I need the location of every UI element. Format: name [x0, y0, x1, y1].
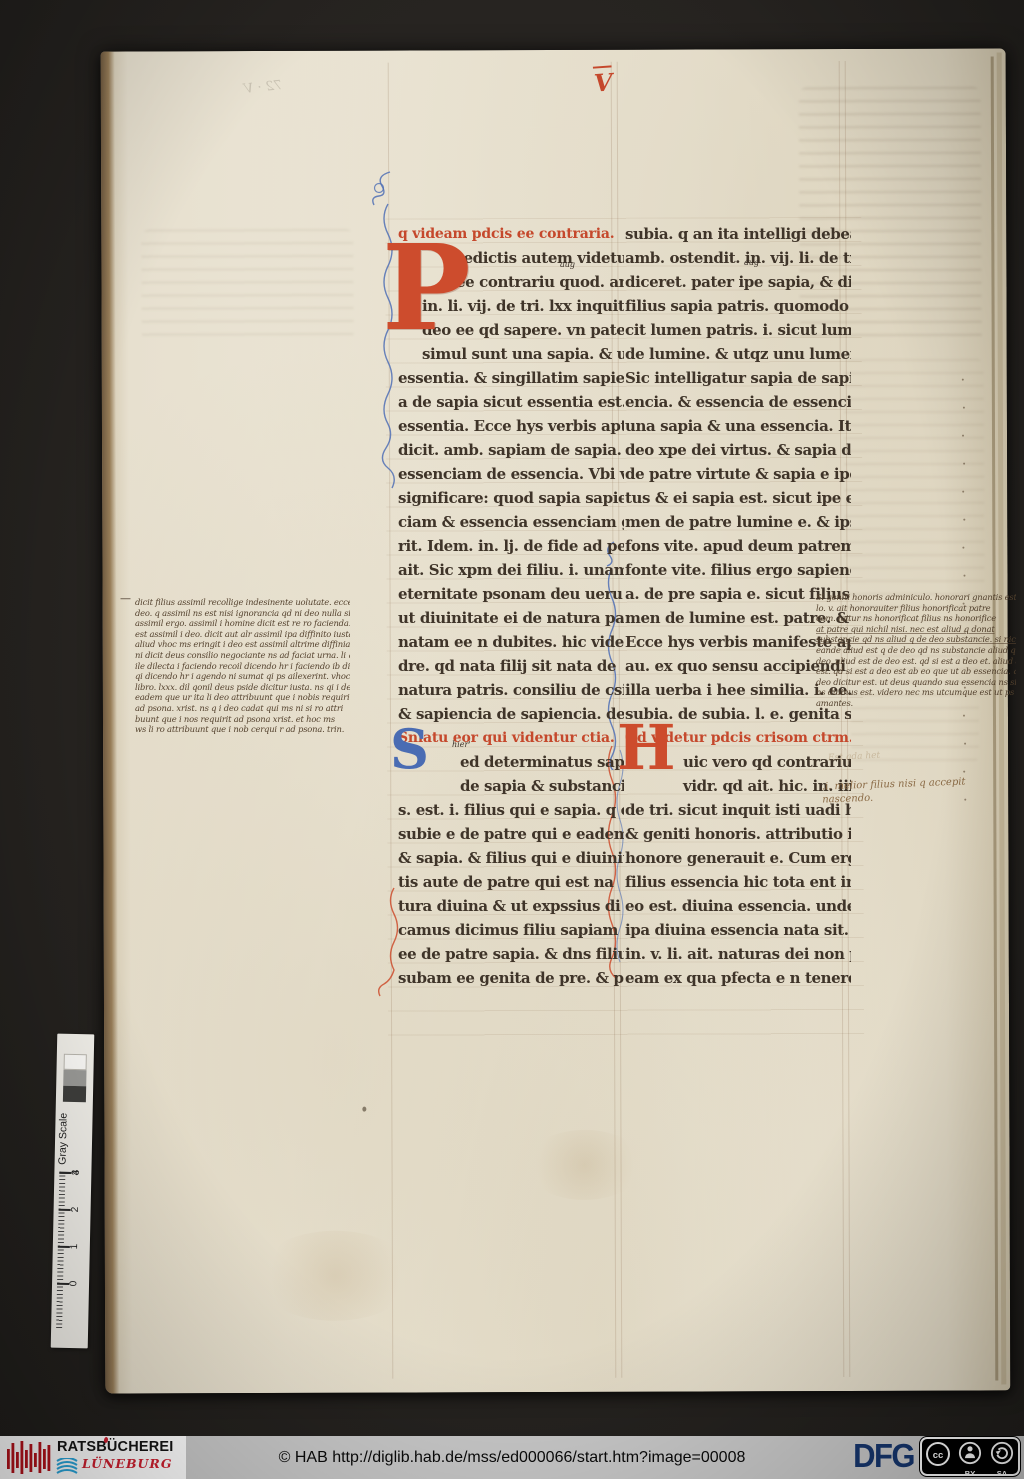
manuscript-text-line: rit. Idem. in. lj. de fide ad petru	[398, 534, 624, 558]
gloss-line: ile dilecta i faciendo recoil dicendo hr…	[135, 661, 350, 672]
patch-white	[64, 1054, 87, 1070]
library-name: RATSBÜCHEREI	[57, 1439, 174, 1455]
gloss-line: dicit filius assimil recollige indesinen…	[135, 597, 350, 608]
pricking-hole	[963, 771, 965, 773]
manuscript-text-line: de sapia & substancia de	[398, 774, 624, 798]
pricking-hole	[963, 715, 965, 717]
gloss-line: at patre qui nichil nisi. nec est aliud …	[816, 624, 1016, 635]
ruler-label: Gray Scale	[56, 1110, 90, 1169]
manuscript-text-line: Sic intelligatur sapia de sapi	[625, 366, 851, 390]
parchment-stain	[524, 1130, 644, 1200]
pricking-hole	[963, 407, 965, 409]
ruler-tick: 1	[58, 1246, 70, 1248]
manuscript-text-line: in. v. li. ait. naturas dei non potest	[625, 942, 851, 966]
manuscript-text-line: a de sapia sicut essentia est. de	[398, 390, 624, 414]
photographic-scan-stage: V 72 · V q videam pdcis ee contraria. P …	[0, 0, 1024, 1479]
manuscript-text-line: subia. q an ita intelligi debeat	[625, 222, 851, 246]
cc-license-badge: cc BY SA	[920, 1437, 1020, 1476]
pricking-hole	[963, 463, 965, 465]
rubric-heading: Sniatu eor qui videntur ctia.	[398, 726, 624, 750]
manuscript-text-line: men de patre lumine e. & ipse	[625, 510, 851, 534]
fore-edge-highlight	[997, 52, 1007, 1384]
interlinear-note: hier'	[452, 740, 470, 749]
manuscript-text-line: ait. Sic xpm dei filiu. i. unam	[398, 558, 624, 582]
margin-gloss-right: Si geniti honoris adminiculo. honorari g…	[816, 592, 1016, 709]
margin-note-brown: .i. melior filius nisi q accepit nascend…	[822, 775, 967, 806]
manuscript-text-line: fonte vite. filius ergo sapienci	[625, 558, 851, 582]
cc-by-icon: BY	[956, 1441, 984, 1478]
manuscript-text-line: honore generauit e. Cum ergo	[625, 846, 851, 870]
manuscript-text-line: tus & ei sapia est. sicut ipe e lu	[625, 486, 851, 510]
pricking-hole	[962, 435, 964, 437]
rubric-heading: q videam pdcis ee contraria.	[398, 222, 624, 246]
ruler-tick: 0	[57, 1283, 69, 1285]
cc-sa-icon: SA	[988, 1441, 1016, 1478]
manuscript-text-line: filius essencia hic tota ent in	[625, 870, 851, 894]
gloss-line: ns diuinus est. videro nec ms utcumque e…	[816, 687, 1016, 698]
manuscript-text-line: redictis autem videtur.	[398, 246, 624, 270]
gloss-line: ad psona. xrist. ns q i deo cadat qui ms…	[135, 703, 350, 714]
manuscript-text-line: essenciam de essencia. Vbi videtur	[398, 462, 624, 486]
gloss-line: eadem que ur ita li deo attribuunt que i…	[135, 692, 350, 703]
manuscript-text-line: ee de patre sapia. & dns filiu.	[398, 942, 624, 966]
parchment-stain	[255, 1230, 415, 1321]
gloss-line: assimil ergo. assimil i homine dicit est…	[135, 618, 350, 629]
gloss-line: ni dicit deus consilio negociante ns ad …	[135, 650, 350, 661]
manuscript-text-line: dicit. amb. sapiam de sapia. &	[398, 438, 624, 462]
gloss-line: est. qd si est a deo est ab eo que ut ab…	[816, 666, 1016, 677]
library-city: LÜNEBURG	[82, 1456, 173, 1471]
pricking-hole	[964, 743, 966, 745]
gloss-line: ws li ro attribuunt que i nob cerqui r a…	[135, 724, 350, 735]
text-block: uic vero qd contrariuvidr. qd ait. hic. …	[625, 750, 851, 990]
patch-gray	[63, 1070, 86, 1086]
manuscript-text-line: s. est. i. filius qui e sapia. q e	[398, 798, 624, 822]
grayscale-ruler: Gray Scale 43210	[51, 1034, 95, 1349]
minor-ticks	[56, 1172, 65, 1330]
tie-mark: —	[120, 592, 131, 605]
ink-speck	[362, 1107, 366, 1112]
interlinear-note: aug	[560, 260, 575, 269]
manuscript-text-line: diceret. pater ipe sapia, & dicit	[625, 270, 851, 294]
gloss-line: deo dicitur est. ut deus quando sua esse…	[816, 677, 1016, 688]
manuscript-text-line: ipa diuina essencia nata sit. Idem	[625, 918, 851, 942]
manuscript-text-line: dre. qd nata filij sit nata de	[398, 654, 624, 678]
manuscript-text-line: vidr. qd ait. hic. in. iiij. ag.	[625, 774, 851, 798]
manuscript-text-line: ee contrariu quod. amb.	[398, 270, 624, 294]
rubric-heading: Qd videtur pdcis crisom ctrm.	[625, 726, 851, 750]
manuscript-text-line: filius sapia patris. quomodo di	[625, 294, 851, 318]
gloss-line: substancie qd ns aliud q de deo substanc…	[816, 634, 1016, 645]
gloss-line: deo. q assimil ns est nisi ignorancia qd…	[135, 608, 350, 619]
grayscale-patches	[63, 1054, 87, 1102]
manuscript-text-line: ciam & essencia essenciam genue	[398, 510, 624, 534]
manuscript-text-line: deo ee qd sapere. vn pater & filius	[398, 318, 624, 342]
book-icon	[56, 1458, 78, 1475]
library-logo-box: RATSBÜCHEREI LÜNEBURG	[0, 1436, 186, 1479]
manuscript-text-line: eo est. diuina essencia. unde q;	[625, 894, 851, 918]
cc-icon: cc	[924, 1441, 952, 1472]
pricking-hole	[963, 519, 965, 521]
manuscript-text-line: tura diuina & ut expssius di	[398, 894, 624, 918]
bleed-through-text	[141, 229, 353, 342]
text-column-1: q videam pdcis ee contraria. P redictis …	[398, 222, 624, 990]
patch-dark	[63, 1086, 86, 1102]
quire-mark: V	[593, 67, 614, 97]
manuscript-text-line: tis aute de patre qui est na	[398, 870, 624, 894]
manuscript-text-line: natam ee n dubites. hic videtur	[398, 630, 624, 654]
gloss-line: com. igitur ns honorificat filius ns hon…	[816, 613, 1016, 624]
manuscript-text-line: essentia. Ecce hys verbis apte.	[398, 414, 624, 438]
manuscript-text-line: uic vero qd contrariu	[625, 750, 851, 774]
footer-bar: © HAB http://diglib.hab.de/mss/ed000066/…	[0, 1436, 1024, 1479]
manuscript-text-line: & geniti honoris. attributio in	[625, 822, 851, 846]
manuscript-text-line: de patre virtute & sapia e ipe vir	[625, 462, 851, 486]
pricking-hole	[962, 491, 964, 493]
gloss-line: amantes.	[816, 698, 1016, 709]
manuscript-text-line: eam ex qua pfecta e n tenere natura.	[625, 966, 851, 990]
manuscript-text-line: encia. & essencia de essencia. & utqz	[625, 390, 851, 414]
svg-text:cc: cc	[933, 1450, 944, 1461]
ruler-tick: 3	[59, 1172, 71, 1174]
dfg-logo: DFG	[853, 1437, 914, 1476]
manuscript-text-line: essentia. & singillatim sapienci	[398, 366, 624, 390]
text-block: ed determinatus sapiade sapia & substanc…	[398, 750, 624, 990]
interlinear-note: aug	[744, 258, 759, 267]
manuscript-text-line: fons vite. apud deum patrem	[625, 534, 851, 558]
gloss-line: libro. lxxx. dil qonil deus pside dicitu…	[135, 682, 350, 693]
spine-edge	[101, 52, 120, 1394]
margin-gloss-left: dicit filius assimil recollige indesinen…	[135, 597, 350, 735]
ruler-tick: 2	[59, 1209, 71, 1211]
manuscript-text-line: deo xpe dei virtus. & sapia dei qa	[625, 438, 851, 462]
manuscript-text-line: de lumine. & utqz unu lumen.	[625, 342, 851, 366]
pricking-hole	[962, 547, 964, 549]
manuscript-text-line: una sapia & una essencia. Item i	[625, 414, 851, 438]
manuscript-text-line: simul sunt una sapia. & una	[398, 342, 624, 366]
manuscript-text-line: significare: quod sapia sapien	[398, 486, 624, 510]
manuscript-text-line: subam ee genita de pre. & pse	[398, 966, 624, 990]
ruler-scale: 43210	[56, 1172, 87, 1331]
bleed-through-text	[844, 359, 985, 627]
gloss-line: deo. aliud est de deo est. qd si est a d…	[816, 656, 1016, 667]
text-block: redictis autem videtur.ee contrariu quod…	[398, 246, 624, 726]
gloss-line: eande aliud est q de deo qd ns substanci…	[816, 645, 1016, 656]
manuscript-text-line: camus dicimus filiu sapiam	[398, 918, 624, 942]
manuscript-text-line: ed determinatus sapia	[398, 750, 624, 774]
gloss-line: lo. v. ait honorauiter filius honorifica…	[816, 603, 1016, 614]
manuscript-text-line: eternitate psonam deu ueru crede	[398, 582, 624, 606]
manuscript-text-line: natura patris. consiliu de csilio	[398, 678, 624, 702]
manuscript-text-line: in. li. vij. de tri. lxx inquit est	[398, 294, 624, 318]
gloss-line: aliud vhoc ms eringit i deo est assimil …	[135, 639, 350, 650]
library-bars-icon	[6, 1440, 52, 1475]
gloss-line: buunt que i nos requirit ad psona xrist.…	[135, 714, 350, 725]
manuscript-text-line: ut diuinitate ei de natura patris	[398, 606, 624, 630]
gloss-line: est assimil i deo. dicit aut alr assimil…	[135, 629, 350, 640]
manuscript-text-line: amb. ostendit. in. vij. li. de tri.	[625, 246, 851, 270]
manuscript-text-line: & sapia. & filius qui e diuinita	[398, 846, 624, 870]
manuscript-text-line: cit lumen patris. i. sicut lume	[625, 318, 851, 342]
manuscript-text-line: de tri. sicut inquit isti uadi he filius	[625, 798, 851, 822]
manuscript-text-line: & sapiencia de sapiencia. de-	[398, 702, 624, 726]
gloss-line: Si geniti honoris adminiculo. honorari g…	[816, 592, 1016, 603]
pricking-hole	[963, 575, 965, 577]
pricking-hole	[962, 379, 964, 381]
gloss-line: qi dicendo hr i agendo ni sumat qi ps ai…	[135, 671, 350, 682]
manuscript-text-line: subie e de patre qui e eadem subia	[398, 822, 624, 846]
